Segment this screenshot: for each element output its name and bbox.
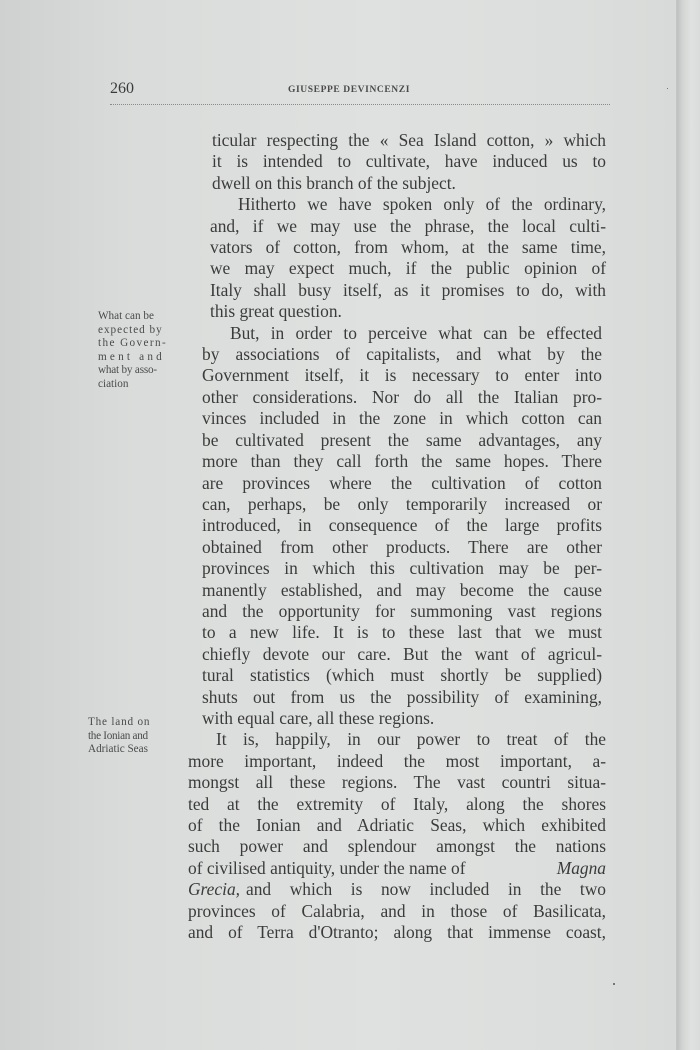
text-line: such power and splendour amongst the nat… [188, 836, 606, 857]
text-line: ted at the extremity of Italy, along the… [188, 794, 606, 815]
text-line: more than they call forth the same hopes… [202, 451, 602, 472]
text-segment: and which is now included in the two [246, 879, 606, 900]
text-line: it is intended to cultivate, have induce… [212, 151, 606, 172]
running-head: GIUSEPPE DEVINCENZI [288, 85, 410, 95]
text-line: are provinces where the cultivation of c… [202, 473, 602, 494]
text-line: But, in order to perceive what can be ef… [202, 323, 602, 344]
text-line: more important, indeed the most importan… [188, 751, 606, 772]
side-note-ionian-adriatic: The land on the Ionian and Adriatic Seas [88, 716, 184, 757]
page-header: 260 GIUSEPPE DEVINCENZI [110, 80, 610, 110]
text-line: chiefly devote our care. But the want of… [202, 644, 602, 665]
paper-speck [667, 88, 668, 89]
text-line: Grecia, and which is now included in the… [188, 879, 606, 900]
book-page: 260 GIUSEPPE DEVINCENZI What can be expe… [0, 0, 680, 1050]
paragraph: Hitherto we have spoken only of the ordi… [210, 194, 606, 322]
side-note-line: ciation [98, 378, 194, 392]
text-line: introduced, in consequence of the large … [202, 515, 602, 536]
text-line: and the opportunity for summoning vast r… [202, 601, 602, 622]
text-line: mongst all these regions. The vast count… [188, 772, 606, 793]
side-note-line: what by asso- [98, 364, 194, 378]
text-line: we may expect much, if the public opinio… [210, 258, 606, 279]
text-line: of the Ionian and Adriatic Seas, which e… [188, 815, 606, 836]
text-line: other considerations. Nor do all the Ita… [202, 387, 602, 408]
text-line: Italy shall busy itself, as it promises … [210, 280, 606, 301]
side-note-government: What can be expected by the Govern- ment… [98, 310, 194, 391]
text-line: of civilised antiquity, under the name o… [188, 858, 606, 879]
paragraph: It is, happily, in our power to treat of… [188, 729, 606, 943]
paragraph: ticular respecting the « Sea Island cott… [212, 130, 606, 194]
text-line: dwell on this branch of the subject. [212, 173, 606, 194]
side-note-line: the Ionian and [88, 730, 184, 744]
paper-speck [613, 983, 615, 985]
text-line: obtained from other products. There are … [202, 537, 602, 558]
text-line: and, if we may use the phrase, the local… [210, 216, 606, 237]
text-line: It is, happily, in our power to treat of… [188, 729, 606, 750]
side-note-line: expected by [98, 324, 194, 338]
italic-term: Magna [557, 858, 606, 879]
text-line: this great question. [210, 301, 606, 322]
header-rule [110, 104, 610, 105]
text-line: by associations of capitalists, and what… [202, 344, 602, 365]
text-line: Hitherto we have spoken only of the ordi… [210, 194, 606, 215]
text-line: to a new life. It is to these last that … [202, 622, 602, 643]
side-note-line: Adriatic Seas [88, 743, 184, 757]
side-note-line: the Govern- [98, 337, 194, 351]
text-line: manently established, and may become the… [202, 580, 602, 601]
text-line: can, perhaps, be only temporarily increa… [202, 494, 602, 515]
text-line: Government itself, it is necessary to en… [202, 365, 602, 386]
text-line: vinces included in the zone in which cot… [202, 408, 602, 429]
text-line: with equal care, all these regions. [202, 708, 602, 729]
text-line: provinces in which this cultivation may … [202, 558, 602, 579]
text-line: and of Terra d'Otranto; along that immen… [188, 922, 606, 943]
page-number: 260 [110, 80, 134, 98]
text-line: tural statistics (which must shortly be … [202, 665, 602, 686]
text-line: be cultivated present the same advantage… [202, 430, 602, 451]
side-note-line: The land on [88, 716, 184, 730]
italic-term: Grecia, [188, 879, 240, 900]
side-note-line: What can be [98, 310, 194, 324]
text-line: shuts out from us the possibility of exa… [202, 687, 602, 708]
text-segment: of civilised antiquity, under the name o… [188, 858, 466, 879]
text-line: ticular respecting the « Sea Island cott… [212, 130, 606, 151]
body-text: ticular respecting the « Sea Island cott… [186, 130, 606, 943]
paragraph: But, in order to perceive what can be ef… [202, 323, 602, 730]
adjacent-page-edge [676, 0, 700, 1050]
side-note-line: ment and [98, 351, 194, 365]
text-line: provinces of Calabria, and in those of B… [188, 901, 606, 922]
text-line: vators of cotton, from whom, at the same… [210, 237, 606, 258]
